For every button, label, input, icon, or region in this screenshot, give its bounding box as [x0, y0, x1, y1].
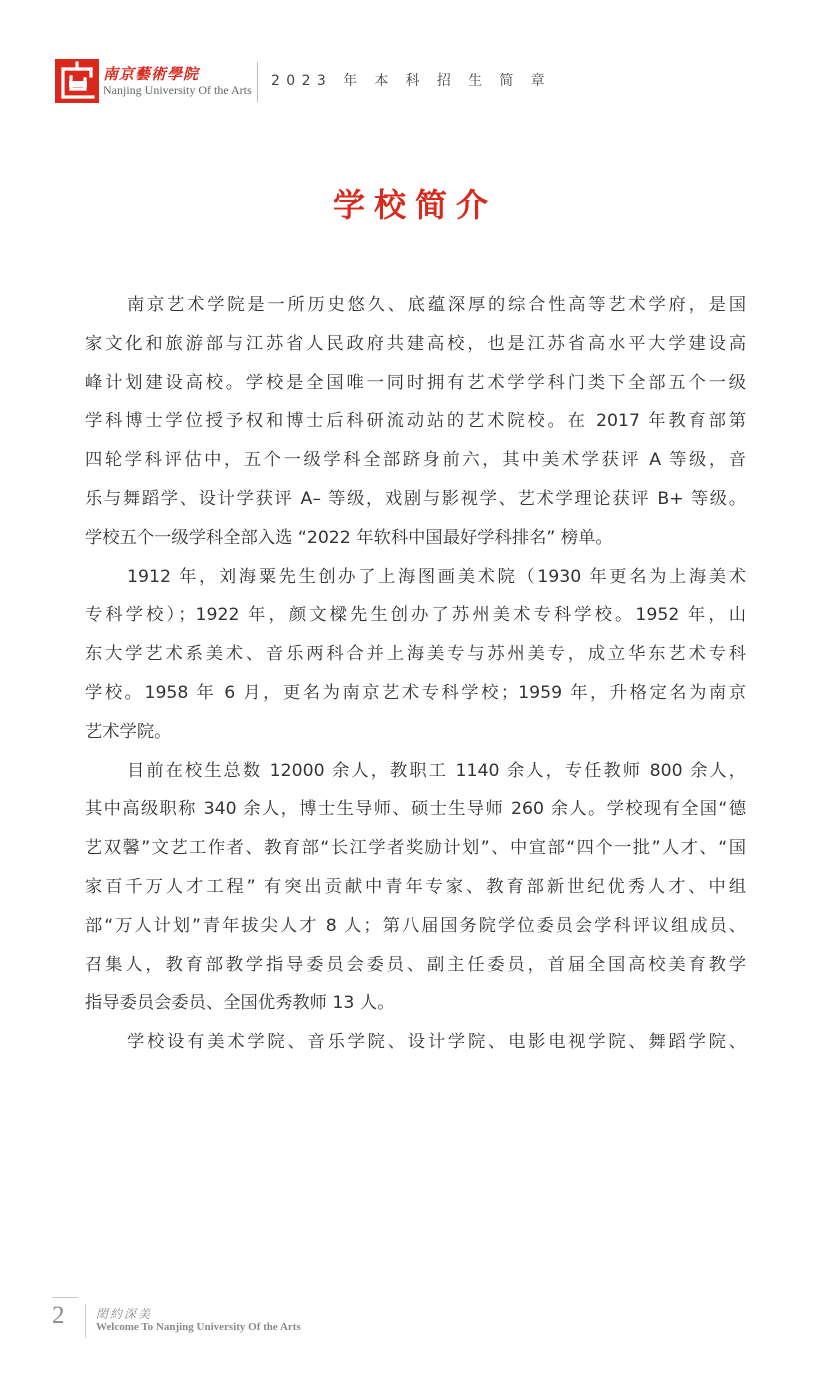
paragraph-history-overview: 南京艺术学院是一所历史悠久、底蕴深厚的综合性高等艺术学府，是国 家文化和旅游部与… — [85, 286, 746, 558]
text-line: 学校设有美术学院、音乐学院、设计学院、电影电视学院、舞蹈学院、 — [85, 1023, 746, 1062]
document-title: 2023 年 本 科 招 生 简 章 — [271, 70, 551, 90]
text-line: 艺术学院。 — [85, 713, 746, 752]
header: 南京藝術學院 Nanjing University Of the Arts — [55, 58, 252, 104]
page-number: 2 — [52, 1302, 65, 1330]
university-logo-icon — [55, 59, 99, 103]
text-line: 1912 年，刘海粟先生创办了上海图画美术院（1930 年更名为上海美术 — [85, 558, 746, 597]
text-line: 目前在校生总数 12000 余人，教职工 1140 余人，专任教师 800 余人… — [85, 752, 746, 791]
text-line: 峰计划建设高校。学校是全国唯一同时拥有艺术学学科门类下全部五个一级 — [85, 364, 746, 403]
logo-text: 南京藝術學院 Nanjing University Of the Arts — [103, 65, 252, 97]
text-line: 家文化和旅游部与江苏省人民政府共建高校，也是江苏省高水平大学建设高 — [85, 325, 746, 364]
logo-english-name: Nanjing University Of the Arts — [103, 83, 252, 97]
paragraph-colleges: 学校设有美术学院、音乐学院、设计学院、电影电视学院、舞蹈学院、 — [85, 1023, 746, 1062]
text-line: 学科博士学位授予权和博士后科研流动站的艺术院校。在 2017 年教育部第 — [85, 402, 746, 441]
text-line: 乐与舞蹈学、设计学获评 A– 等级，戏剧与影视学、艺术学理论获评 B+ 等级。 — [85, 480, 746, 519]
text-line: 四轮学科评估中，五个一级学科全部跻身前六，其中美术学获评 A 等级，音 — [85, 441, 746, 480]
text-line: 部“万人计划”青年拔尖人才 8 人；第八届国务院学位委员会学科评议组成员、 — [85, 907, 746, 946]
page-number-rule — [52, 1297, 78, 1298]
footer-tagline: Welcome To Nanjing University Of the Art… — [96, 1321, 301, 1333]
text-line: 指导委员会委员、全国优秀教师 13 人。 — [85, 984, 746, 1023]
text-line: 家百千万人才工程” 有突出贡献中青年专家、教育部新世纪优秀人才、中组 — [85, 868, 746, 907]
text-line: 其中高级职称 340 余人，博士生导师、硕士生导师 260 余人。学校现有全国“… — [85, 790, 746, 829]
text-line: 艺双馨”文艺工作者、教育部“长江学者奖励计划”、中宣部“四个一批”人才、“国 — [85, 829, 746, 868]
logo-chinese-name: 南京藝術學院 — [103, 65, 252, 83]
paragraph-founding-history: 1912 年，刘海粟先生创办了上海图画美术院（1930 年更名为上海美术 专科学… — [85, 558, 746, 752]
paragraph-faculty-students: 目前在校生总数 12000 余人，教职工 1140 余人，专任教师 800 余人… — [85, 752, 746, 1024]
text-line: 南京艺术学院是一所历史悠久、底蕴深厚的综合性高等艺术学府，是国 — [85, 286, 746, 325]
text-line: 专科学校）；1922 年，颜文樑先生创办了苏州美术专科学校。1952 年，山 — [85, 596, 746, 635]
text-line: 学校。1958 年 6 月，更名为南京艺术专科学校；1959 年，升格定名为南京 — [85, 674, 746, 713]
header-divider — [257, 62, 258, 102]
text-line: 东大学艺术系美术、音乐两科合并上海美专与苏州美专，成立华东艺术专科 — [85, 635, 746, 674]
footer-divider — [85, 1304, 86, 1338]
text-line: 召集人，教育部教学指导委员会委员、副主任委员，首届全国高校美育教学 — [85, 946, 746, 985]
article-body: 南京艺术学院是一所历史悠久、底蕴深厚的综合性高等艺术学府，是国 家文化和旅游部与… — [85, 286, 746, 1062]
page-title: 学校简介 — [0, 180, 830, 226]
text-line: 学校五个一级学科全部入选 “2022 年软科中国最好学科排名” 榜单。 — [85, 519, 746, 558]
footer-motto: 閎約深美 — [96, 1305, 152, 1322]
